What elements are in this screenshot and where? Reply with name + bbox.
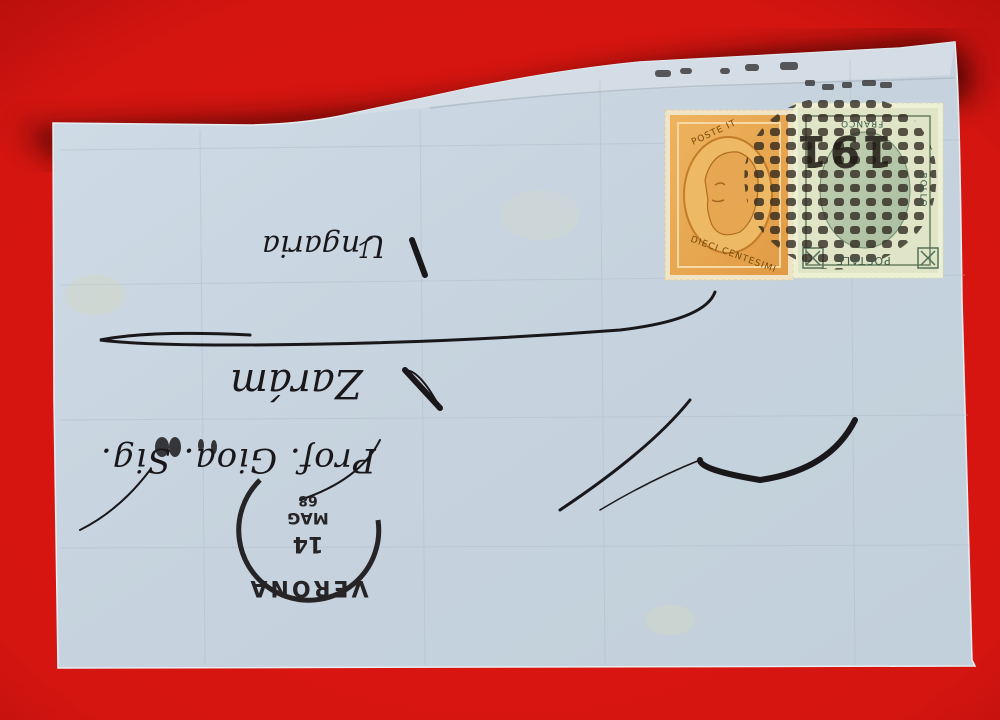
postmark-day: 14: [238, 531, 378, 556]
address-country: Ungaria: [262, 228, 386, 263]
postmark-month: MAG: [238, 509, 378, 528]
green-stamp-side-label: BOLLO: [917, 173, 927, 208]
address-city: Zarám: [230, 360, 363, 406]
cancel-number: 191: [795, 125, 893, 176]
green-stamp-top-label: FRANCO: [840, 118, 883, 128]
green-stamp-bottom-label: POSTALE: [835, 254, 891, 267]
letter-photo: [0, 0, 1000, 720]
postmark: VERONA 14 MAG 68: [238, 468, 378, 608]
postmark-year: 68: [238, 492, 378, 508]
postmark-city: VERONA: [238, 575, 378, 600]
